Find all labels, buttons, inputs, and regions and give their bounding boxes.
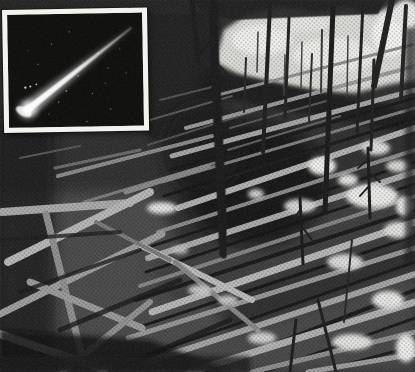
tunguska-photograph: [0, 0, 415, 372]
inset-grain: [7, 13, 144, 128]
fireball-photo: [7, 13, 144, 128]
fireball-inset-photo: [2, 7, 149, 133]
